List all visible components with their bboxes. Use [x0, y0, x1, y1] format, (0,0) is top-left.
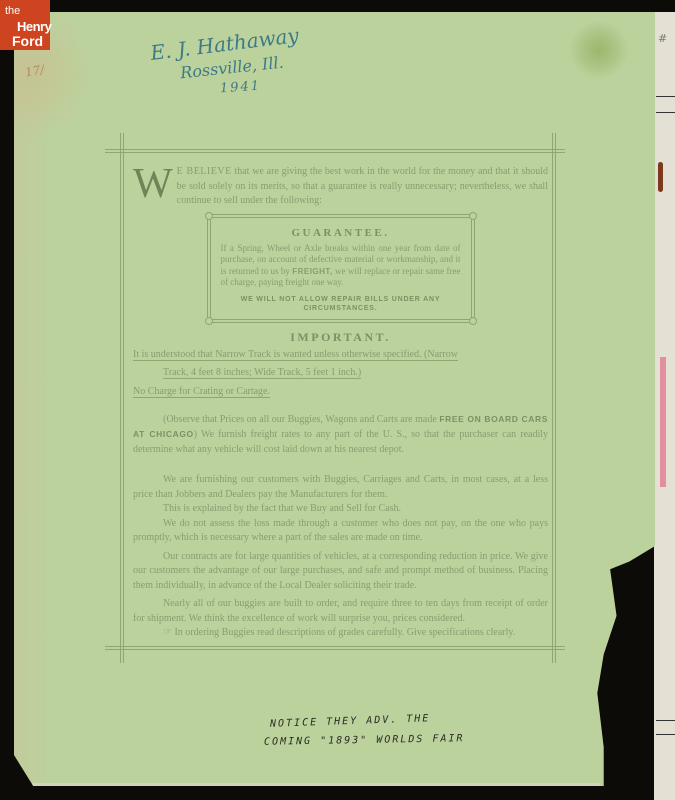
- fob-paragraph: (Observe that Prices on all our Buggies,…: [133, 412, 548, 458]
- intro-lead: E BELIEVE: [177, 166, 232, 177]
- guarantee-box: GUARANTEE. If a Spring, Wheel or Axle br…: [210, 217, 472, 320]
- frame-rule: [105, 649, 565, 650]
- guarantee-warning: WE WILL NOT ALLOW REPAIR BILLS UNDER ANY…: [221, 295, 461, 313]
- paragraph: Our contracts are for large quantities o…: [133, 550, 548, 594]
- frame-rule: [105, 149, 565, 150]
- adjacent-page-line: [656, 96, 675, 97]
- crating-note: No Charge for Crating or Cartage.: [133, 386, 270, 398]
- henry-ford-logo: the Henry Ford: [0, 0, 50, 50]
- logo-ford: Ford: [12, 33, 43, 49]
- corner-ornament: [205, 212, 213, 220]
- adjacent-page-line: [656, 720, 675, 721]
- rust-stain: [658, 162, 663, 192]
- track-line-1: It is understood that Narrow Track is wa…: [133, 349, 458, 361]
- paragraph: ☞ In ordering Buggies read descriptions …: [133, 626, 548, 641]
- fob-text: (Observe that Prices on all our Buggies,…: [163, 414, 439, 425]
- corner-ornament: [205, 317, 213, 325]
- paragraph: We are furnishing our customers with Bug…: [133, 473, 548, 502]
- corner-ornament: [469, 212, 477, 220]
- page-bottom-edge: [32, 783, 600, 786]
- frame-rule: [552, 133, 553, 663]
- paragraph: Nearly all of our buggies are built to o…: [133, 597, 548, 626]
- intro-text: that we are giving the best work in the …: [177, 166, 548, 206]
- drop-cap: W: [133, 167, 173, 201]
- logo-the: the: [5, 5, 20, 17]
- paragraph: We do not assess the loss made through a…: [133, 517, 548, 546]
- intro-paragraph: W E BELIEVE that we are giving the best …: [133, 165, 548, 209]
- guarantee-body: If a Spring, Wheel or Axle breaks within…: [221, 243, 461, 289]
- adjacent-page-line: [656, 112, 675, 113]
- catalog-text: W E BELIEVE that we are giving the best …: [133, 165, 548, 641]
- adjacent-page-line: [656, 734, 675, 735]
- frame-rule: [555, 133, 556, 663]
- frame-rule: [120, 133, 121, 663]
- guarantee-freight: FREIGHT,: [292, 267, 332, 276]
- important-title: IMPORTANT.: [133, 330, 548, 345]
- pink-tab: [660, 357, 666, 487]
- adjacent-page-mark: #: [658, 32, 667, 45]
- logo-henry: Henry: [17, 19, 51, 34]
- paragraph: This is explained by the fact that we Bu…: [133, 502, 548, 517]
- frame-rule: [105, 152, 565, 153]
- corner-ornament: [469, 317, 477, 325]
- guarantee-title: GUARANTEE.: [221, 226, 461, 241]
- handwritten-year: 1941: [220, 79, 262, 97]
- adjacent-page-edge: #: [654, 12, 675, 800]
- frame-rule: [123, 133, 124, 663]
- frame-rule: [105, 646, 565, 647]
- fob-text: ) We furnish freight rates to any part o…: [133, 429, 548, 455]
- track-line-2: Track, 4 feet 8 inches; Wide Track, 5 fe…: [163, 367, 361, 379]
